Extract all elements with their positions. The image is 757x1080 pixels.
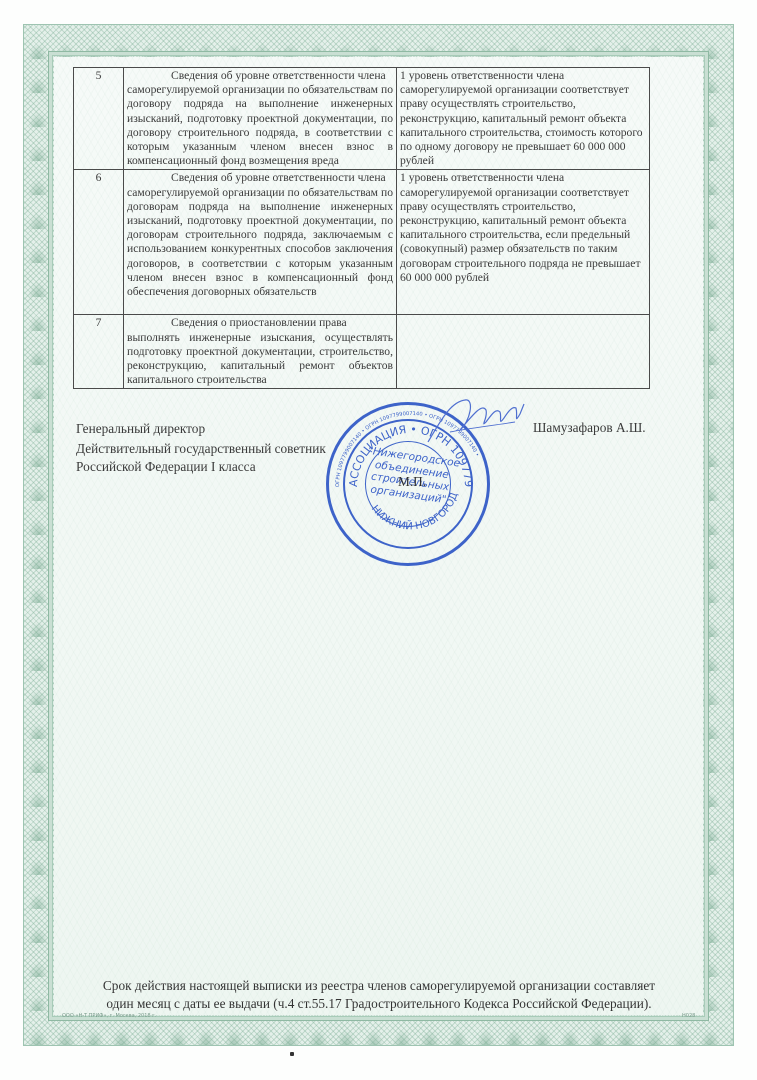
signatory-name: Шамузафаров А.Ш. <box>533 420 646 436</box>
validity-note: Срок действия настоящей выписки из реест… <box>76 977 682 1013</box>
signatory-position: Генеральный директор <box>76 420 326 438</box>
table-row: 7 Сведения о приостановлении прававыполн… <box>74 315 650 389</box>
registry-info-table: 5 Сведения об уровне ответственности чле… <box>73 67 650 389</box>
seal-place-mark: М.П. <box>398 474 426 490</box>
signatory-rank-line2: Российской Федерации I класса <box>76 458 326 476</box>
printer-imprint: ООО «Н-Т ПРИФ», г. Москва, 2018 г. <box>62 1013 156 1019</box>
row-description: Сведения об уровне ответственности члена… <box>124 68 397 170</box>
row-value: 1 уровень ответственности члена саморегу… <box>397 170 650 315</box>
table-row: 6 Сведения об уровне ответственности чле… <box>74 170 650 315</box>
signature-icon <box>420 392 530 452</box>
row-description: Сведения об уровне ответственности члена… <box>124 170 397 315</box>
table-row: 5 Сведения об уровне ответственности чле… <box>74 68 650 170</box>
row-number: 7 <box>74 315 124 389</box>
row-number: 6 <box>74 170 124 315</box>
signatory-block: Генеральный директор Действительный госу… <box>76 420 326 476</box>
row-number: 5 <box>74 68 124 170</box>
scan-speck <box>290 1052 294 1056</box>
row-value: 1 уровень ответственности члена саморегу… <box>397 68 650 170</box>
form-serial: Н028 <box>682 1013 695 1019</box>
row-description: Сведения о приостановлении прававыполнят… <box>124 315 397 389</box>
signatory-rank-line1: Действительный государственный советник <box>76 440 326 458</box>
row-value <box>397 315 650 389</box>
